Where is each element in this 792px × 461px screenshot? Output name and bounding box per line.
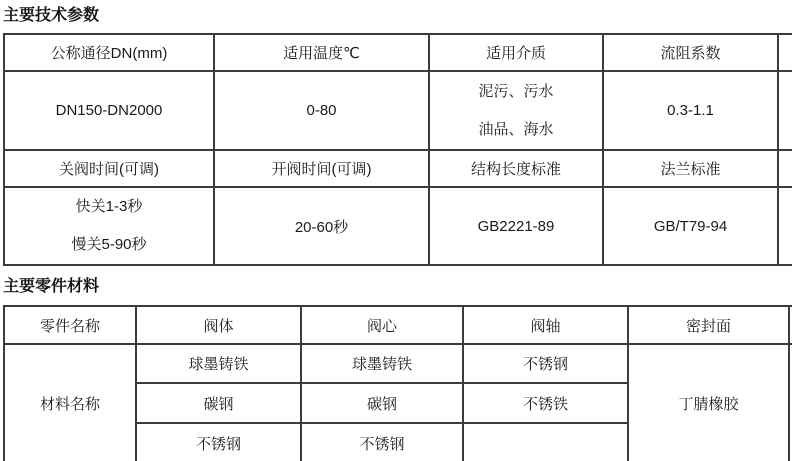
tech-params-title: 主要技术参数 bbox=[3, 6, 792, 25]
value-cell-dn-range: DN150-DN2000 bbox=[4, 71, 214, 150]
header-cell-seal-face: 密封面 bbox=[628, 306, 789, 344]
parts-materials-table: 零件名称 阀体 阀心 阀轴 密封面 材料名称 球墨铸铁 球墨铸铁 不锈钢 丁腈橡… bbox=[3, 305, 792, 461]
table-row: 关阀时间(可调) 开阀时间(可调) 结构长度标准 法兰标准 bbox=[4, 150, 792, 187]
value-cell-body-material: 不锈钢 bbox=[136, 423, 301, 461]
header-cell-temp: 适用温度℃ bbox=[214, 34, 429, 71]
value-cell-shaft-material bbox=[463, 423, 628, 461]
value-cell-flange-std: GB/T79-94 bbox=[603, 187, 778, 265]
media-line-1: 泥污、污水 bbox=[430, 73, 602, 111]
cutoff-cell bbox=[778, 34, 792, 71]
header-cell-length-std: 结构长度标准 bbox=[429, 150, 603, 187]
value-cell-temp-range: 0-80 bbox=[214, 71, 429, 150]
table-row: 公称通径DN(mm) 适用温度℃ 适用介质 流阻系数 bbox=[4, 34, 792, 71]
parts-materials-title: 主要零件材料 bbox=[3, 277, 792, 296]
value-cell-shaft-material: 不锈铁 bbox=[463, 383, 628, 423]
value-cell-media: 泥污、污水 油品、海水 bbox=[429, 71, 603, 150]
header-cell-open-time: 开阀时间(可调) bbox=[214, 150, 429, 187]
spec-document-page: 主要技术参数 公称通径DN(mm) 适用温度℃ 适用介质 流阻系数 DN150-… bbox=[0, 0, 792, 461]
value-cell-core-material: 不锈钢 bbox=[301, 423, 463, 461]
header-cell-flow: 流阻系数 bbox=[603, 34, 778, 71]
table-row: DN150-DN2000 0-80 泥污、污水 油品、海水 0.3-1.1 bbox=[4, 71, 792, 150]
close-slow-line: 慢关5-90秒 bbox=[5, 226, 213, 264]
media-line-2: 油品、海水 bbox=[430, 111, 602, 149]
header-cell-close-time: 关阀时间(可调) bbox=[4, 150, 214, 187]
value-cell-open-time: 20-60秒 bbox=[214, 187, 429, 265]
header-cell-dn: 公称通径DN(mm) bbox=[4, 34, 214, 71]
value-cell-length-std: GB2221-89 bbox=[429, 187, 603, 265]
value-cell-shaft-material: 不锈钢 bbox=[463, 344, 628, 383]
label-cell-material-name: 材料名称 bbox=[4, 344, 136, 461]
header-cell-flange-std: 法兰标准 bbox=[603, 150, 778, 187]
value-cell-core-material: 球墨铸铁 bbox=[301, 344, 463, 383]
table-row: 快关1-3秒 慢关5-90秒 20-60秒 GB2221-89 GB/T79-9… bbox=[4, 187, 792, 265]
value-cell-body-material: 碳钢 bbox=[136, 383, 301, 423]
cutoff-cell bbox=[778, 150, 792, 187]
value-cell-flow-coeff: 0.3-1.1 bbox=[603, 71, 778, 150]
cutoff-cell bbox=[778, 71, 792, 150]
value-cell-close-time: 快关1-3秒 慢关5-90秒 bbox=[4, 187, 214, 265]
header-cell-valve-body: 阀体 bbox=[136, 306, 301, 344]
header-cell-valve-core: 阀心 bbox=[301, 306, 463, 344]
value-cell-seal-material: 丁腈橡胶 bbox=[628, 344, 789, 461]
header-cell-media: 适用介质 bbox=[429, 34, 603, 71]
header-cell-part-name: 零件名称 bbox=[4, 306, 136, 344]
cutoff-cell bbox=[778, 187, 792, 265]
close-fast-line: 快关1-3秒 bbox=[5, 188, 213, 226]
table-row: 零件名称 阀体 阀心 阀轴 密封面 bbox=[4, 306, 792, 344]
value-cell-body-material: 球墨铸铁 bbox=[136, 344, 301, 383]
tech-params-table: 公称通径DN(mm) 适用温度℃ 适用介质 流阻系数 DN150-DN2000 … bbox=[3, 33, 792, 266]
value-cell-core-material: 碳钢 bbox=[301, 383, 463, 423]
table-row: 材料名称 球墨铸铁 球墨铸铁 不锈钢 丁腈橡胶 bbox=[4, 344, 792, 383]
header-cell-valve-shaft: 阀轴 bbox=[463, 306, 628, 344]
